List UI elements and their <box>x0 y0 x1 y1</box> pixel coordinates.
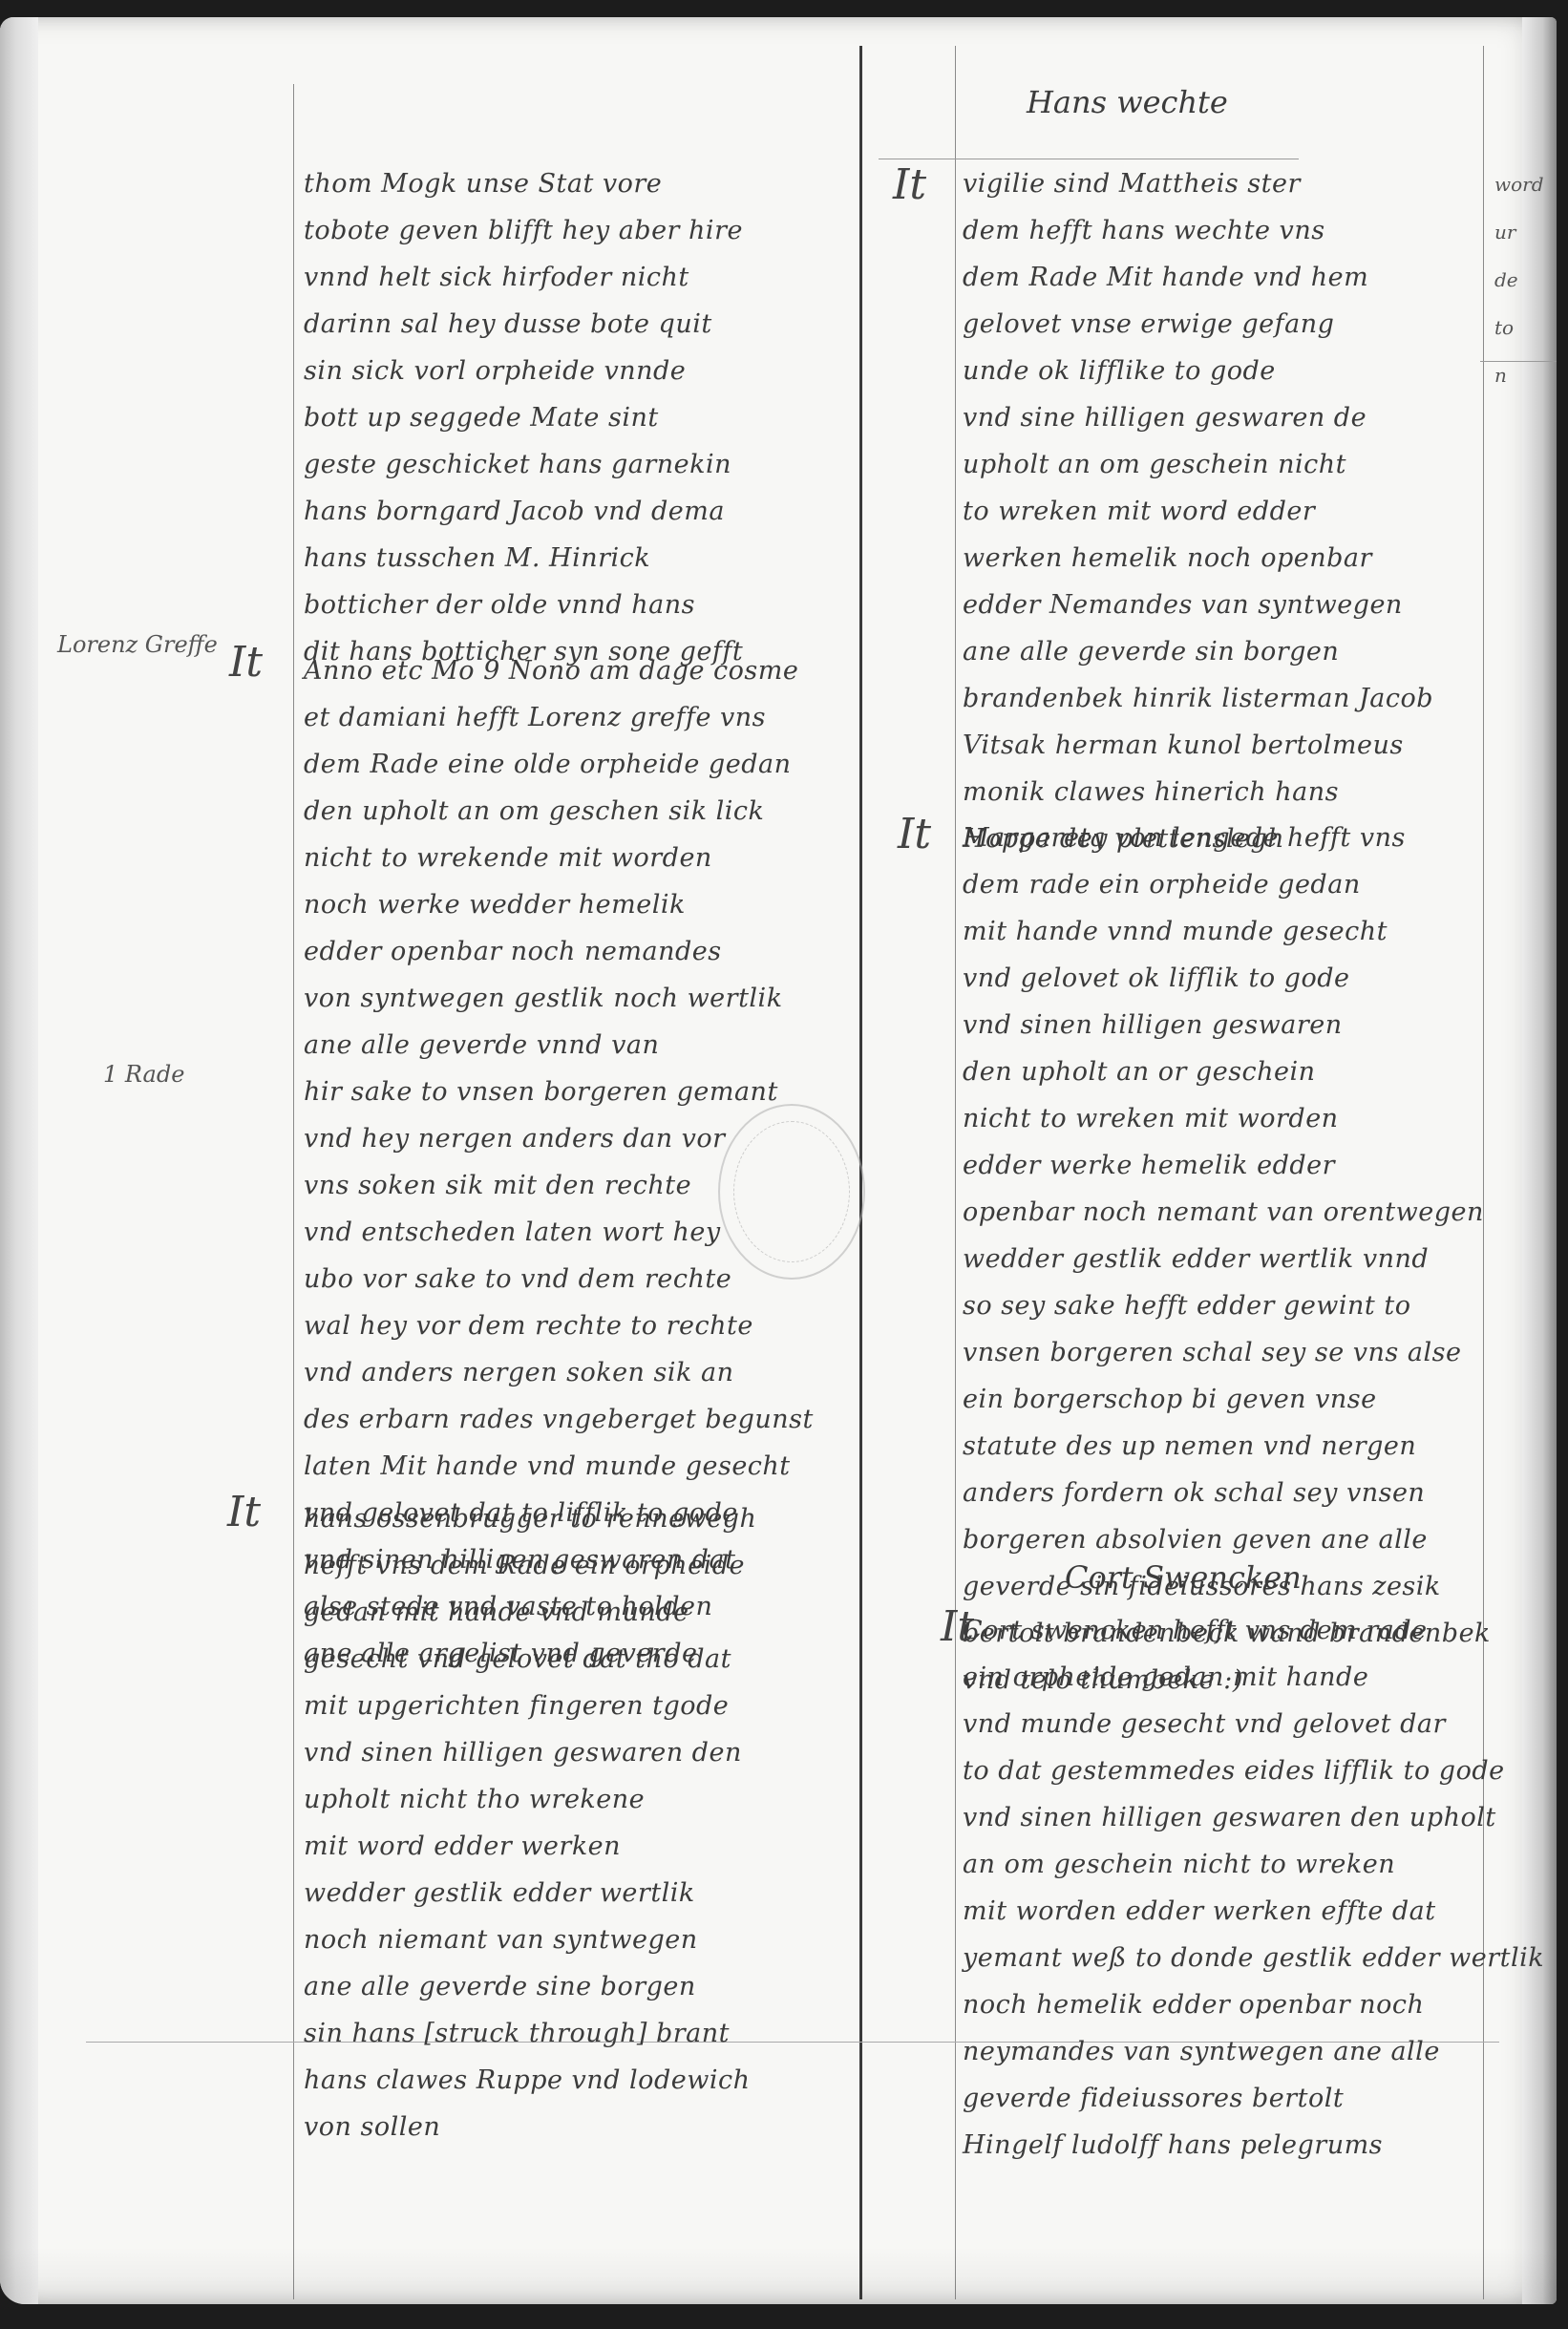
page-bottom-shadow <box>0 2247 1557 2304</box>
text-line: ubo vor sake to vnd dem rechte <box>304 1256 814 1302</box>
text-line: neymandes van syntwegen ane alle <box>963 2028 1544 2075</box>
text-line: mit word edder werken <box>304 1823 756 1870</box>
text-line: wal hey vor dem rechte to rechte <box>304 1302 814 1349</box>
library-seal-stamp <box>718 1104 865 1280</box>
text-line: von sollen <box>304 2104 756 2150</box>
text-line: to wreken mit word edder <box>963 488 1433 535</box>
text-line: mit hande vnnd munde gesecht <box>963 908 1491 955</box>
text-line: hans tusschen M. Hinrick <box>304 535 743 582</box>
text-line: werken hemelik noch openbar <box>963 535 1433 582</box>
text-line: den upholt an om geschen sik lick <box>304 788 814 835</box>
text-line: an om geschein nicht to wreken <box>963 1841 1544 1888</box>
entry-cort-swencken: Cort swencken hefft vns dem rade ein orp… <box>963 1607 1544 2169</box>
item-mark: It <box>893 160 926 209</box>
text-line: borgeren absolvien geven ane alle <box>963 1516 1491 1563</box>
text-line: openbar noch nemant van orentwegen <box>963 1189 1491 1236</box>
text-line: ane alle geverde vnnd van <box>304 1022 814 1069</box>
text-line: gesecht vnd gelovet dat tho dat <box>304 1636 756 1683</box>
text-line: gelovet vnse erwige gefang <box>963 301 1433 348</box>
text-line: edder werke hemelik edder <box>963 1142 1491 1189</box>
text-line: den upholt an or geschein <box>963 1048 1491 1095</box>
text-line: Hingelf ludolff hans pelegrums <box>963 2122 1544 2169</box>
text-line: hans borngard Jacob vnd dema <box>304 488 743 535</box>
text-line: statute des up nemen vnd nergen <box>963 1423 1491 1470</box>
entry-heading-hans-wechte: Hans wechte <box>1027 84 1228 120</box>
text-line: Cort swencken hefft vns dem rade <box>963 1607 1544 1654</box>
text-line: dem rade ein orpheide gedan <box>963 861 1491 908</box>
text-line: wedder gestlik edder wertlik <box>304 1870 756 1916</box>
margin-note-rade: 1 Rade <box>103 1058 184 1090</box>
text-line: vnd munde gesecht vnd gelovet dar <box>963 1701 1544 1747</box>
text-line: vnsen borgeren schal sey se vns alse <box>963 1329 1491 1376</box>
entry-heading-cort-swencken: Cort Swencken <box>1065 1559 1302 1596</box>
binding-edge <box>0 17 38 2304</box>
text-line: ane alle geverde sine borgen <box>304 1963 756 2010</box>
text-line: ane alle geverde sin borgen <box>963 628 1433 675</box>
text-line: ein borgerschop bi geven vnse <box>963 1376 1491 1423</box>
right-margin-notes: word ur de to n <box>1494 160 1544 399</box>
text-line: mit upgerichten fingeren tgode <box>304 1683 756 1729</box>
text-line: upholt an om geschein nicht <box>963 441 1433 488</box>
text-line: tobote geven blifft hey aber hire <box>304 207 743 254</box>
text-line: vnd sinen hilligen geswaren <box>963 1002 1491 1048</box>
text-line: noch werke wedder hemelik <box>304 881 814 928</box>
text-line: wedder gestlik edder wertlik vnnd <box>963 1236 1491 1282</box>
text-line: sin hans [struck through] brant <box>304 2010 756 2057</box>
text-line: botticher der olde vnnd hans <box>304 582 743 628</box>
text-line: noch hemelik edder openbar noch <box>963 1981 1544 2028</box>
text-line: thom Mogk unse Stat vore <box>304 160 743 207</box>
text-line: geste geschicket hans garnekin <box>304 441 743 488</box>
text-line: darinn sal hey dusse bote quit <box>304 301 743 348</box>
text-line: hir sake to vnsen borgeren gemant <box>304 1069 814 1115</box>
text-line: anders fordern ok schal sey vnsen <box>963 1470 1491 1516</box>
header-rule <box>879 159 1299 159</box>
text-line: monik clawes hinerich hans <box>963 769 1433 815</box>
text-line: yemant weß to donde gestlik edder wertli… <box>963 1935 1544 1981</box>
margin-note-lorenz: Lorenz Greffe <box>57 628 218 661</box>
text-line: vnd sinen hilligen geswaren den <box>304 1729 756 1776</box>
text-line: so sey sake hefft edder gewint to <box>963 1282 1491 1329</box>
text-line: vigilie sind Mattheis ster <box>963 160 1433 207</box>
text-line: dem hefft hans wechte vns <box>963 207 1433 254</box>
entry-hans-wechte: vigilie sind Mattheis ster dem hefft han… <box>963 160 1433 862</box>
text-line: von syntwegen gestlik noch wertlik <box>304 975 814 1022</box>
text-line: upholt nicht tho wrekene <box>304 1776 756 1823</box>
text-line: vnnd helt sick hirfoder nicht <box>304 254 743 301</box>
item-mark: It <box>229 638 263 687</box>
text-line: edder Nemandes van syntwegen <box>963 582 1433 628</box>
text-line: mit worden edder werken effte dat <box>963 1888 1544 1935</box>
text-line: noch niemant van syntwegen <box>304 1916 756 1963</box>
item-mark: It <box>898 810 931 858</box>
text-line: dem Rade Mit hande vnd hem <box>963 254 1433 301</box>
text-line: vnd sine hilligen geswaren de <box>963 394 1433 441</box>
text-line: Vitsak herman kunol bertolmeus <box>963 722 1433 769</box>
text-line: vnd anders nergen soken sik an <box>304 1349 814 1396</box>
item-mark: It <box>227 1488 261 1536</box>
text-line: geverde fideiussores bertolt <box>963 2075 1544 2122</box>
text-line: to dat gestemmedes eides lifflik to gode <box>963 1747 1544 1794</box>
text-line: edder openbar noch nemandes <box>304 928 814 975</box>
text-line: gedan mit hande vnd munde <box>304 1589 756 1636</box>
text-line: nicht to wreken mit worden <box>963 1095 1491 1142</box>
text-line: bott up seggede Mate sint <box>304 394 743 441</box>
manuscript-page: thom Mogk unse Stat vore tobote geven bl… <box>0 17 1557 2304</box>
text-line: vnd gelovet ok lifflik to gode <box>963 955 1491 1002</box>
text-line: laten Mit hande vnd munde gesecht <box>304 1443 814 1490</box>
text-line: Anno etc Mo 9 Nono am dage cosme <box>304 647 814 694</box>
text-line: sin sick vorl orpheide vnnde <box>304 348 743 394</box>
text-line: hans clawes Ruppe vnd lodewich <box>304 2057 756 2104</box>
text-line: hans ossenbrugger to rennewegh <box>304 1495 756 1542</box>
text-line: ein orpheide gedan mit hande <box>963 1654 1544 1701</box>
right-column-margin-rule <box>955 46 956 2299</box>
text-line: des erbarn rades vngeberget begunst <box>304 1396 814 1443</box>
text-line: dem Rade eine olde orpheide gedan <box>304 741 814 788</box>
entry-hans-ossenbrugger: hans ossenbrugger to rennewegh hefft vns… <box>304 1495 756 2150</box>
left-margin-rule <box>293 84 294 2299</box>
text-line: et damiani hefft Lorenz greffe vns <box>304 694 814 741</box>
text-line: Margareta von lengede hefft vns <box>963 815 1491 861</box>
text-line: vnd sinen hilligen geswaren den upholt <box>963 1794 1544 1841</box>
text-line: unde ok lifflike to gode <box>963 348 1433 394</box>
entry-continuation: thom Mogk unse Stat vore tobote geven bl… <box>304 160 743 675</box>
text-line: hefft vns dem Rade ein orpheide <box>304 1542 756 1589</box>
text-line: brandenbek hinrik listerman Jacob <box>963 675 1433 722</box>
text-line: nicht to wrekende mit worden <box>304 835 814 881</box>
